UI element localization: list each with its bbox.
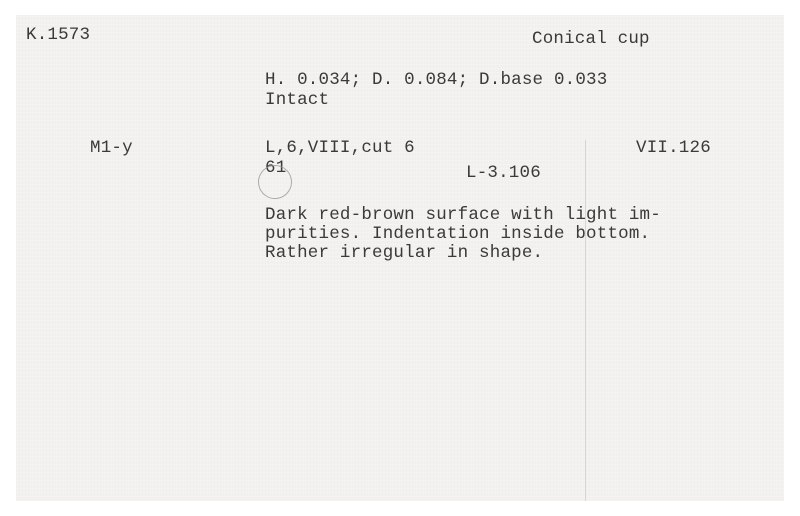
catalog-card: K.1573 Conical cup H. 0.034; D. 0.084; D… [16, 15, 784, 501]
condition: Intact [265, 91, 329, 110]
reference-right: VII.126 [636, 139, 711, 158]
reference-left: L-3.106 [466, 164, 541, 183]
description-line-3: Rather irregular in shape. [265, 244, 543, 263]
object-type: Conical cup [532, 30, 650, 49]
vertical-rule [585, 140, 586, 501]
findspot: L,6,VIII,cut 6 [265, 139, 415, 158]
circle-mark [255, 162, 294, 201]
description-line-2: purities. Indentation inside bottom. [265, 225, 650, 244]
area-code: M1-y [90, 139, 133, 158]
catalog-number: K.1573 [26, 26, 90, 45]
description-line-1: Dark red-brown surface with light im- [265, 206, 661, 225]
dimensions: H. 0.034; D. 0.084; D.base 0.033 [265, 71, 607, 90]
